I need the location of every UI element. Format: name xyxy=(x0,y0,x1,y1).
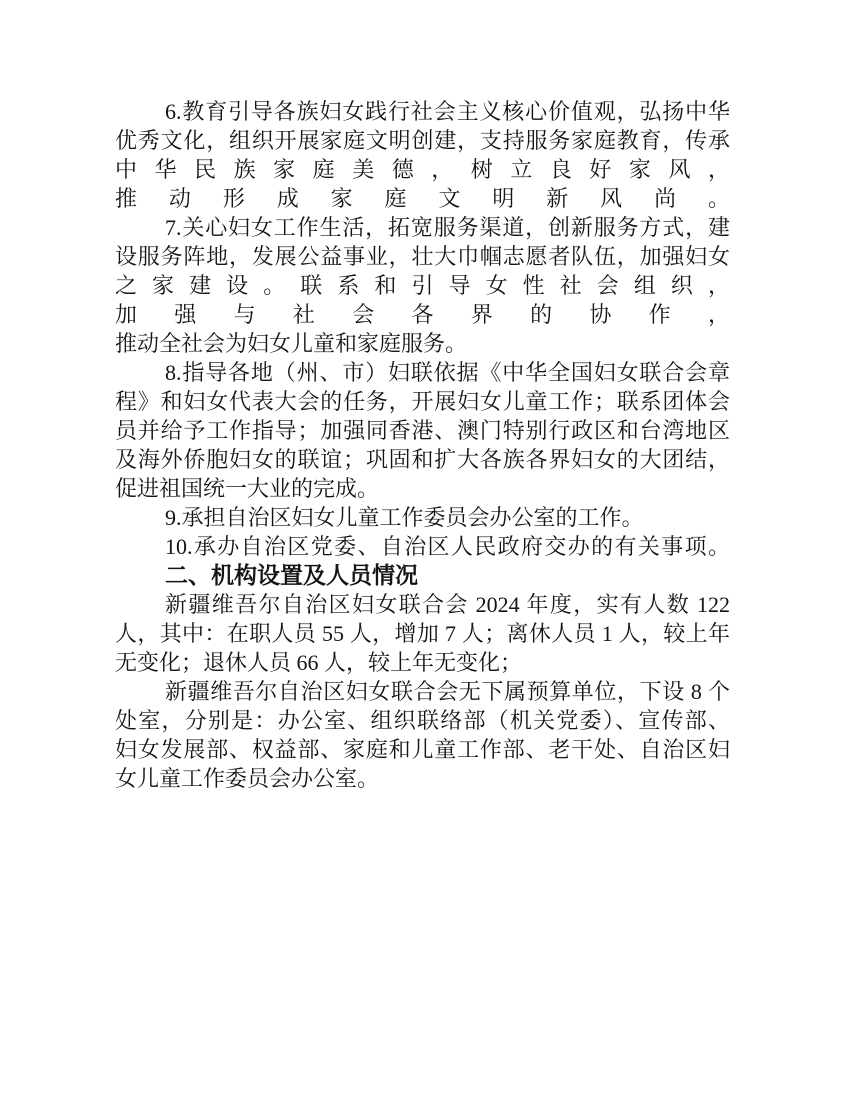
text-line: 优秀文化，组织开展家庭文明创建，支持服务家庭教育，传承 xyxy=(115,126,730,155)
paragraph-duty-8: 8.指导各地（州、市）妇联依据《中华全国妇女联合会章 程》和妇女代表大会的任务，… xyxy=(115,358,730,503)
text-line: 8.指导各地（州、市）妇联依据《中华全国妇女联合会章 xyxy=(115,358,730,387)
text-line: 女儿童工作委员会办公室。 xyxy=(115,764,730,793)
paragraph-duty-6: 6.教育引导各族妇女践行社会主义核心价值观，弘扬中华 优秀文化，组织开展家庭文明… xyxy=(115,97,730,213)
text-line: 新疆维吾尔自治区妇女联合会无下属预算单位，下设 8 个 xyxy=(115,677,730,706)
text-line: 10.承办自治区党委、自治区人民政府交办的有关事项。 xyxy=(115,532,730,561)
text-line: 9.承担自治区妇女儿童工作委员会办公室的工作。 xyxy=(115,503,730,532)
paragraph-duty-9: 9.承担自治区妇女儿童工作委员会办公室的工作。 xyxy=(115,503,730,532)
text-line: 中华民族家庭美德，树立良好家风，推动形成家庭文明新风尚。 xyxy=(115,155,730,213)
text-line: 设服务阵地，发展公益事业，壮大巾帼志愿者队伍，加强妇女 xyxy=(115,242,730,271)
text-line: 推动全社会为妇女儿童和家庭服务。 xyxy=(115,329,730,358)
paragraph-staffing-figures: 新疆维吾尔自治区妇女联合会 2024 年度，实有人数 122 人，其中：在职人员… xyxy=(115,590,730,677)
paragraph-departments: 新疆维吾尔自治区妇女联合会无下属预算单位，下设 8 个 处室，分别是：办公室、组… xyxy=(115,677,730,793)
section-heading-text: 二、机构设置及人员情况 xyxy=(115,561,730,590)
text-line: 人，其中：在职人员 55 人，增加 7 人；离休人员 1 人，较上年 xyxy=(115,619,730,648)
text-line: 促进祖国统一大业的完成。 xyxy=(115,474,730,503)
text-line: 新疆维吾尔自治区妇女联合会 2024 年度，实有人数 122 xyxy=(115,590,730,619)
document-page: 6.教育引导各族妇女践行社会主义核心价值观，弘扬中华 优秀文化，组织开展家庭文明… xyxy=(0,0,850,1100)
section-heading-organization: 二、机构设置及人员情况 xyxy=(115,561,730,590)
paragraph-duty-7: 7.关心妇女工作生活，拓宽服务渠道，创新服务方式，建 设服务阵地，发展公益事业，… xyxy=(115,213,730,358)
paragraph-duty-10: 10.承办自治区党委、自治区人民政府交办的有关事项。 xyxy=(115,532,730,561)
text-line: 妇女发展部、权益部、家庭和儿童工作部、老干处、自治区妇 xyxy=(115,735,730,764)
text-line: 7.关心妇女工作生活，拓宽服务渠道，创新服务方式，建 xyxy=(115,213,730,242)
text-line: 无变化；退休人员 66 人，较上年无变化； xyxy=(115,648,730,677)
document-body: 6.教育引导各族妇女践行社会主义核心价值观，弘扬中华 优秀文化，组织开展家庭文明… xyxy=(115,97,730,793)
text-line: 处室，分别是：办公室、组织联络部（机关党委）、宣传部、 xyxy=(115,706,730,735)
text-line: 6.教育引导各族妇女践行社会主义核心价值观，弘扬中华 xyxy=(115,97,730,126)
text-line: 及海外侨胞妇女的联谊；巩固和扩大各族各界妇女的大团结， xyxy=(115,445,730,474)
text-line: 程》和妇女代表大会的任务，开展妇女儿童工作；联系团体会 xyxy=(115,387,730,416)
text-line: 之家建设。联系和引导女性社会组织，加强与社会各界的协作， xyxy=(115,271,730,329)
text-line: 员并给予工作指导；加强同香港、澳门特别行政区和台湾地区 xyxy=(115,416,730,445)
